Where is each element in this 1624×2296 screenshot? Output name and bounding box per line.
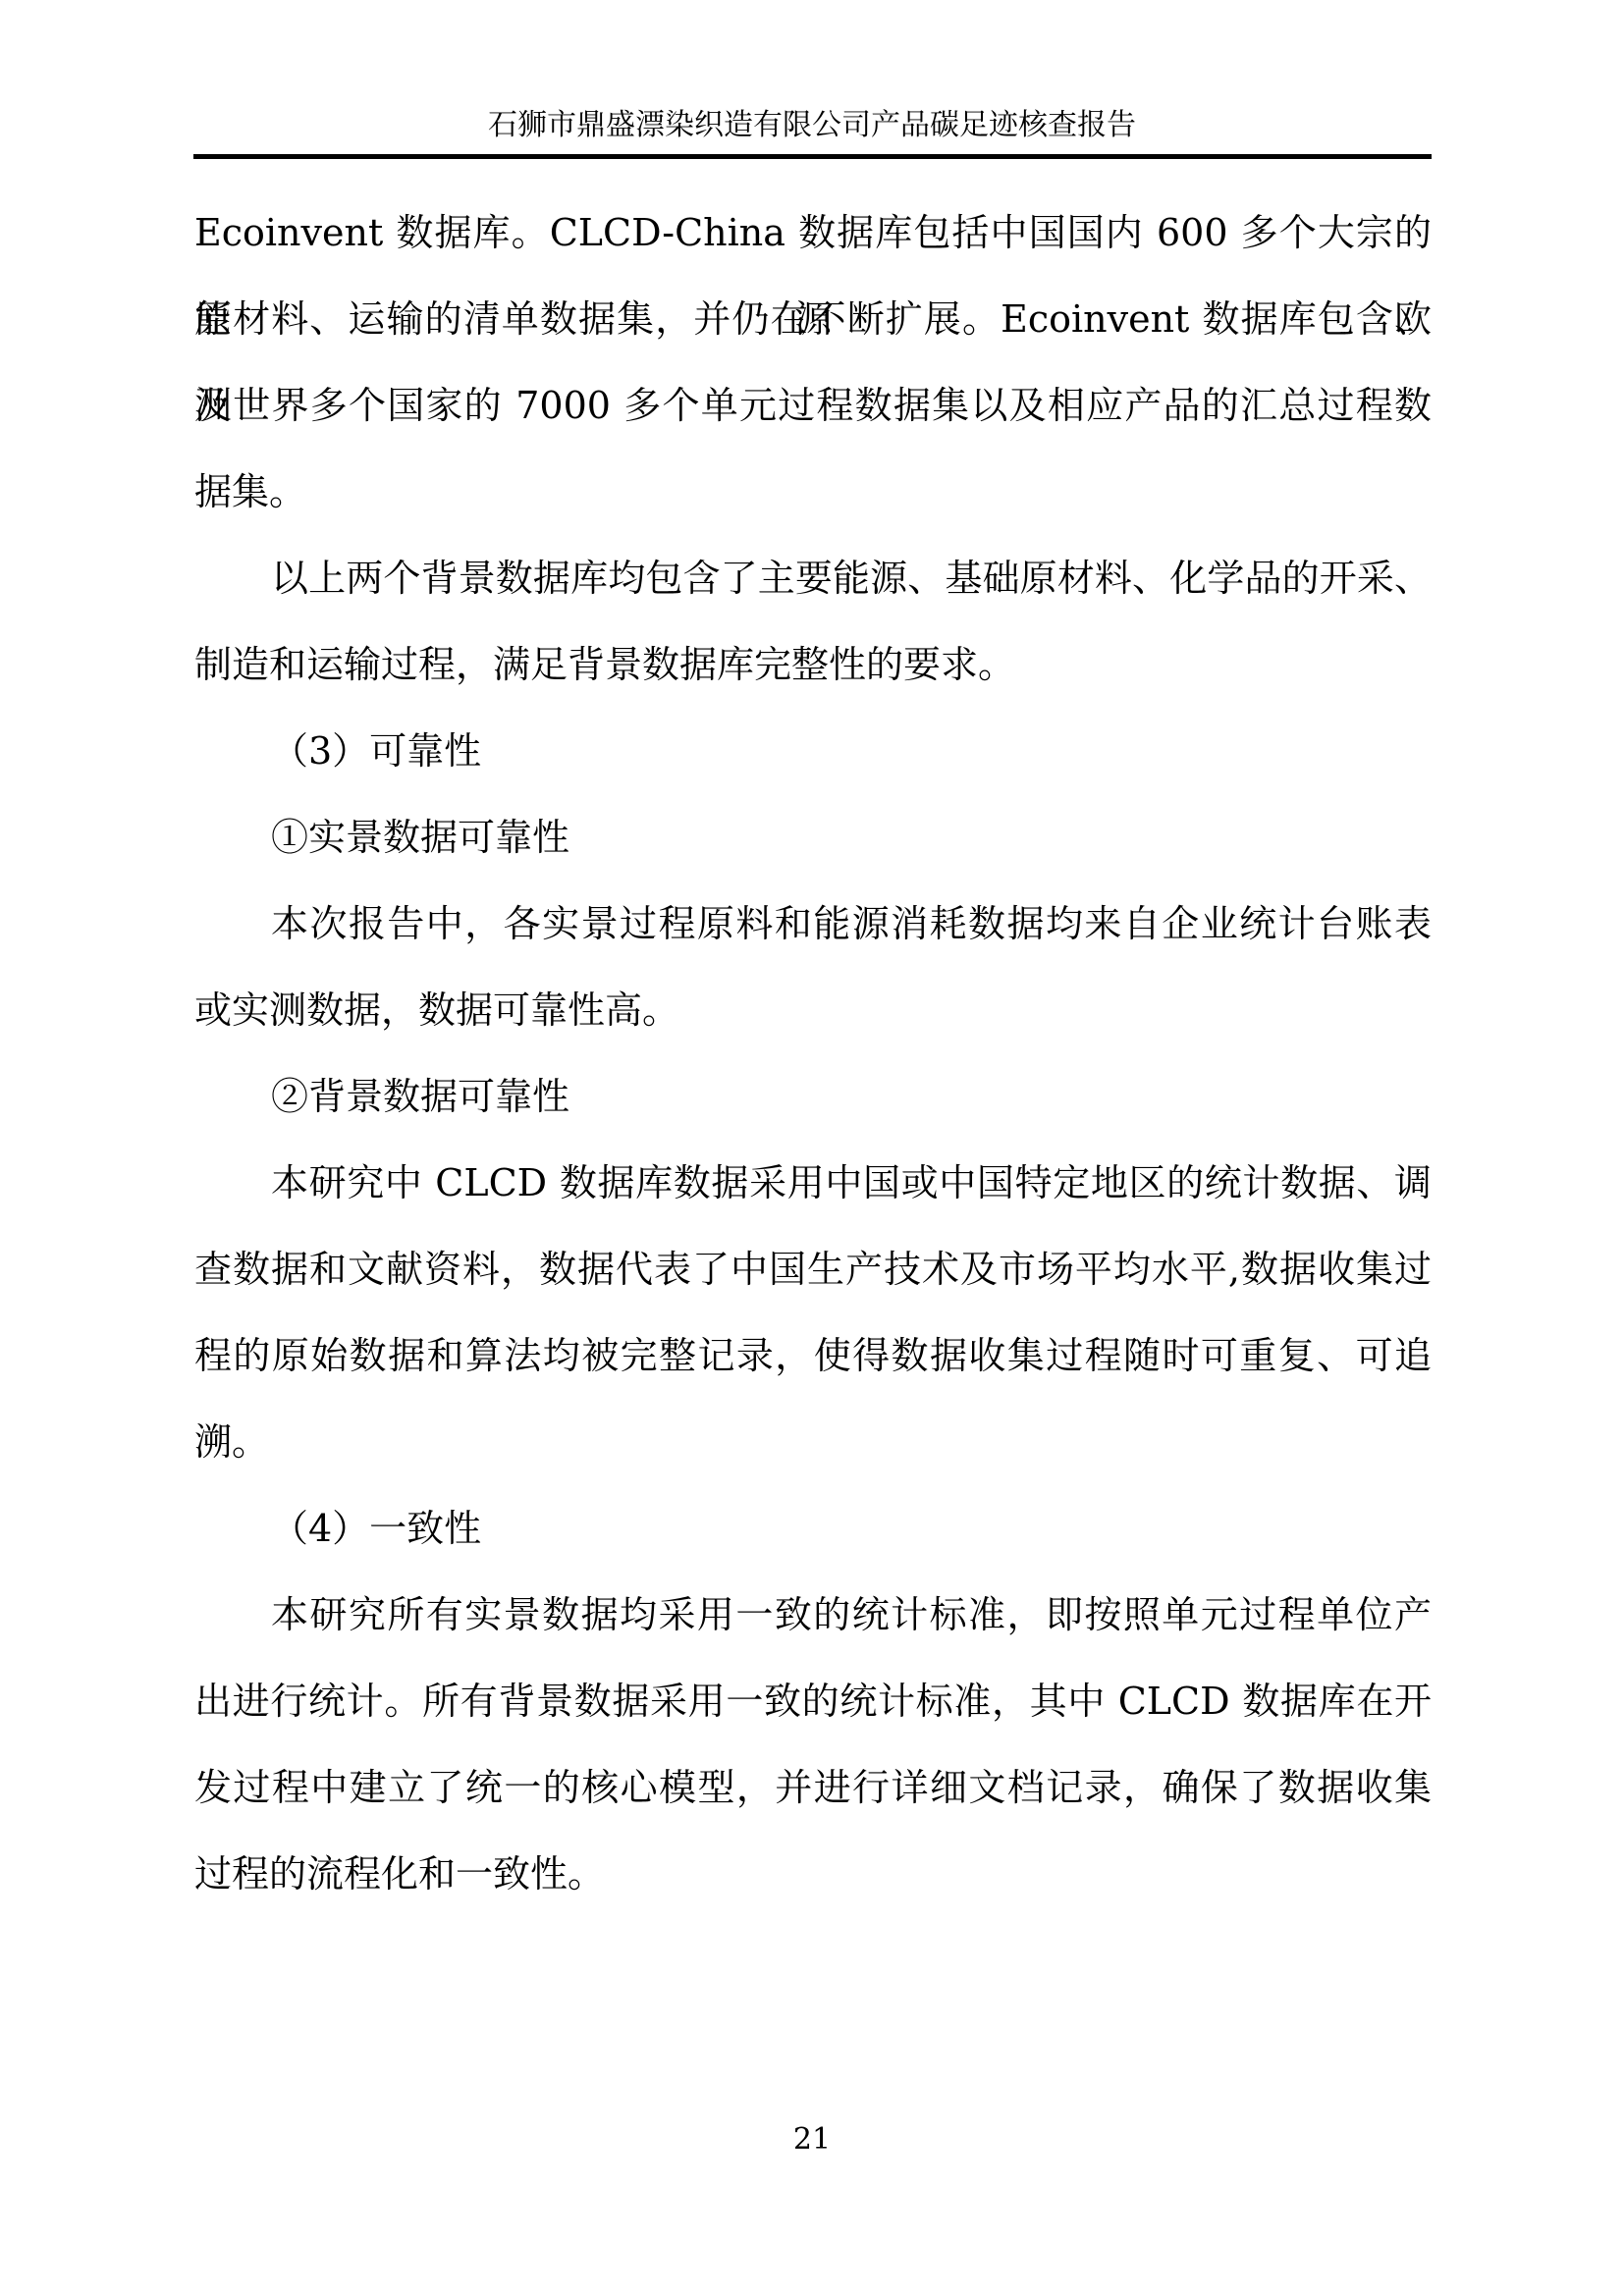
body-line: 程的原始数据和算法均被完整记录，使得数据收集过程随时可重复、可追 bbox=[194, 1312, 1432, 1399]
body-line: 制造和运输过程，满足背景数据库完整性的要求。 bbox=[194, 621, 1432, 708]
body-line: 以上两个背景数据库均包含了主要能源、基础原材料、化学品的开采、 bbox=[194, 535, 1432, 621]
body-line: 过程的流程化和一致性。 bbox=[194, 1831, 1432, 1917]
body-line: 查数据和文献资料，数据代表了中国生产技术及市场平均水平,数据收集过 bbox=[194, 1226, 1432, 1312]
body-line: 出进行统计。所有背景数据采用一致的统计标准，其中 CLCD 数据库在开 bbox=[194, 1658, 1432, 1744]
body-line: 本研究中 CLCD 数据库数据采用中国或中国特定地区的统计数据、调 bbox=[194, 1140, 1432, 1226]
body-line: 或实测数据，数据可靠性高。 bbox=[194, 967, 1432, 1053]
document-body: Ecoinvent 数据库。CLCD-China 数据库包括中国国内 600 多… bbox=[194, 189, 1432, 1917]
body-line: 及世界多个国家的 7000 多个单元过程数据集以及相应产品的汇总过程数 bbox=[194, 362, 1432, 449]
document-page: 石狮市鼎盛漂染织造有限公司产品碳足迹核查报告 Ecoinvent 数据库。CLC… bbox=[0, 0, 1624, 2296]
body-line: ②背景数据可靠性 bbox=[194, 1053, 1432, 1140]
body-line: 本研究所有实景数据均采用一致的统计标准，即按照单元过程单位产 bbox=[194, 1572, 1432, 1658]
body-line: Ecoinvent 数据库。CLCD-China 数据库包括中国国内 600 多… bbox=[194, 189, 1432, 276]
page-number: 21 bbox=[0, 2120, 1624, 2160]
body-line: 发过程中建立了统一的核心模型，并进行详细文档记录，确保了数据收集 bbox=[194, 1744, 1432, 1831]
header-rule bbox=[193, 154, 1432, 159]
body-line: 本次报告中，各实景过程原料和能源消耗数据均来自企业统计台账表 bbox=[194, 881, 1432, 967]
body-line: 溯。 bbox=[194, 1399, 1432, 1485]
header-title: 石狮市鼎盛漂染织造有限公司产品碳足迹核查报告 bbox=[0, 108, 1624, 143]
body-line: 原材料、运输的清单数据集，并仍在不断扩展。Ecoinvent 数据库包含欧洲 bbox=[194, 276, 1432, 362]
body-line: （4）一致性 bbox=[194, 1485, 1432, 1572]
body-line: ①实景数据可靠性 bbox=[194, 794, 1432, 881]
body-line: 据集。 bbox=[194, 449, 1432, 535]
body-line: （3）可靠性 bbox=[194, 708, 1432, 794]
